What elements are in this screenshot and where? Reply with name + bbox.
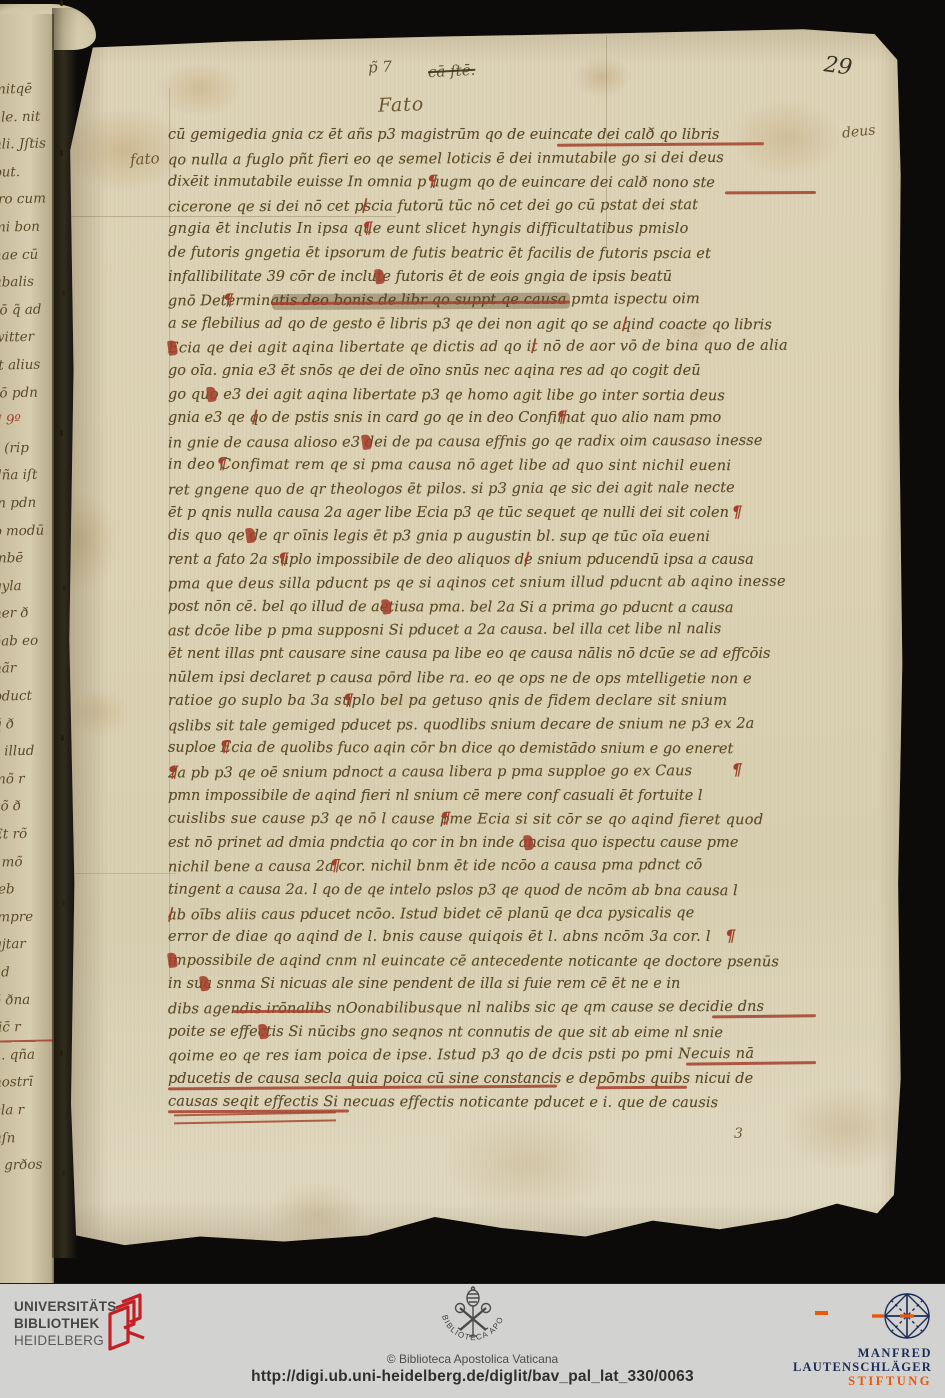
manuscript-text-block: cū gemigedia gnia cz ēt añs p3 magistrūm… (168, 124, 816, 1115)
manuscript-line-text: ratioe go suplo ba 3a suplo bel pa getus… (168, 693, 727, 709)
manuscript-line: error de diae qo aqind de l. bnis cause … (168, 926, 816, 950)
facing-text-fragment: s illud (0, 738, 54, 767)
foundation-line3: STIFTUNG (793, 1374, 932, 1389)
manuscript-line-text: nūlem ipsi declaret p causa pōrd libe ra… (168, 669, 752, 687)
manuscript-line: suploe Ecia de quolibs fuco aqin cōr bn … (168, 737, 816, 762)
manuscript-line: nichil bene a causa 2a cor. nichil bnm ē… (168, 854, 816, 880)
facing-page-edge: mitqēale. nitnli. Jſtisput.fro cummi bon… (0, 14, 54, 1283)
manuscript-line: go oīa. gnia e3 ēt snōs qe dei de oīno s… (168, 360, 816, 384)
facing-text-fragment: put. (0, 158, 54, 187)
manuscript-line-text: pducetis de causa secla quia poica cū si… (168, 1071, 753, 1087)
manuscript-line-text: causas seqit effectis Si necuas effectis… (168, 1094, 718, 1111)
rubric-pilcrow-icon: ¶ (732, 500, 742, 524)
facing-text-fragment: q̃ ð (0, 710, 54, 739)
manuscript-line-text: cū gemigedia gnia cz ēt añs p3 magistrūm… (168, 127, 719, 143)
running-title: Fato (378, 93, 425, 117)
manuscript-line: pma que deus silla pducnt ps qe si aqino… (168, 571, 816, 597)
rubric-pilcrow-icon: ¶ (725, 924, 735, 948)
facing-text-fragment: ner ð (0, 600, 54, 629)
manuscript-line-text: in sua snma Si nicuas ale sine pendent d… (168, 976, 680, 992)
manuscript-line-text: dibs agendis irōnalibs nOonabilibusque n… (168, 999, 764, 1018)
manuscript-line-text: qoime eo qe res iam poica de ipse. Istud… (168, 1046, 754, 1065)
facing-text-fragment: uſn (0, 1124, 54, 1153)
manuscript-line: qo nulla a fuglo pñt fieri eo qe semel l… (168, 146, 816, 172)
manuscript-line-text: gnia e3 qe qo de pstis snis in card go q… (168, 410, 721, 426)
manuscript-line-text: ast dcōe libe p pma supposni Si pducet a… (168, 621, 721, 639)
facing-text-fragment: in pdn (0, 489, 54, 518)
manuscript-line: ab oībs aliis caus pducet ncōo. Istud bi… (168, 901, 816, 927)
facing-text-fragment: ſeb (0, 876, 54, 905)
manuscript-line-text: ab oībs aliis caus pducet ncōo. Istud bi… (168, 905, 694, 923)
manuscript-line: tingent a causa 2a. l qo de qe intelo ps… (168, 879, 816, 904)
margin-note-right: deus (841, 122, 876, 141)
manuscript-line-text: gngia ēt inclutis In ipsa que eunt slice… (168, 221, 689, 237)
manuscript-line-text: pma que deus silla pducnt ps qe si aqino… (168, 574, 786, 593)
manuscript-line-text: poite se effectis Si nūcibs gno seqnos n… (168, 1023, 723, 1040)
foundation-line1: MANFRED (793, 1346, 932, 1360)
manuscript-line-text: gnō Determinatis deo bonis de libr qo su… (168, 291, 700, 309)
manuscript-line: nūlem ipsi declaret p causa pōrd libe ra… (168, 666, 816, 691)
facing-text-fragment: ðab eo (0, 627, 54, 656)
screenshot-root: mitqēale. nitnli. Jſtisput.fro cummi bon… (0, 0, 945, 1398)
manuscript-page: 29 p̃ 7 cā ſtē. Fato fato deus 3 cū gemi… (66, 28, 904, 1250)
manuscript-line: gnō Determinatis deo bonis de libr qo su… (168, 288, 816, 314)
facing-text-fragment: gyla (0, 572, 54, 601)
manuscript-photo: mitqēale. nitnli. Jſtisput.fro cummi bon… (0, 0, 945, 1283)
rubric-double-underline (174, 1111, 336, 1124)
manuscript-line: rent a fato 2a suplo impossibile de deo … (168, 549, 816, 573)
manuscript-line-text: nichil bene a causa 2a cor. nichil bnm ē… (168, 857, 702, 875)
facing-text-fragment: p modū (0, 517, 54, 546)
facing-text-fragment: ſic̄ r (0, 1014, 54, 1043)
manuscript-line-text: qo nulla a fuglo pñt fieri eo qe semel l… (168, 150, 724, 168)
manuscript-line: ratioe go suplo ba 3a suplo bel pa getus… (168, 690, 816, 714)
foundation-line2: LAUTENSCHLÄGER (793, 1360, 932, 1374)
rubric-pilcrow-icon: ¶ (732, 758, 742, 782)
facing-text-fragment: fro cum (0, 186, 54, 215)
vatican-seal-icon: BIBLIOTECA APOSTOLICA VATICANA (436, 1286, 510, 1358)
manuscript-line: dibs agendis irōnalibs nOonabilibusque n… (168, 996, 816, 1022)
facing-text-fragment: It alius (0, 351, 54, 380)
manuscript-line-text: impossibile de aqind cnm nl euincate cē … (168, 952, 779, 970)
foundation-compass-icon (860, 1290, 932, 1344)
facing-text-fragment: ¶ 9º (0, 406, 54, 435)
manuscript-line: a se flebilius ad qo de gesto ē libris p… (168, 312, 816, 337)
facing-text-fragment: cõ ð (0, 793, 54, 822)
facing-text-fragment: ubalis (0, 269, 54, 298)
manuscript-line: de futoris gngetia ēt ipsorum de futis b… (168, 242, 816, 267)
facing-text-fragment: nli. Jſtis (0, 131, 54, 160)
manuscript-line-text: ēt p qnis nulla causa 2a ager libe Ecia … (168, 505, 729, 521)
manuscript-line-text: post nōn cē. bel qo illud de aetiusa pma… (168, 599, 734, 616)
manuscript-line: dixēit inmutabile euisse In omnia p augm… (168, 171, 816, 196)
top-annotation: p̃ 7 (368, 57, 393, 76)
facing-text-fragment: impre (0, 903, 54, 932)
manuscript-line: gngia ēt inclutis In ipsa que eunt slice… (168, 218, 816, 242)
facing-text-fragment: rō q̃ ad (0, 296, 54, 325)
facing-text-fragment: ð ðna (0, 986, 54, 1015)
facing-text-fragment: ela r (0, 1096, 54, 1125)
manuscript-line-text: de futoris gngetia ēt ipsorum de futis b… (168, 245, 711, 262)
manuscript-line-text: go oīa. gnia e3 ēt snōs qe dei de oīno s… (168, 363, 701, 379)
manuscript-line-text: cicerone qe si dei nō cet pscia futorū t… (168, 197, 698, 215)
manuscript-line: causas seqit effectis Si necuas effectis… (168, 1091, 816, 1116)
manuscript-line-text: tingent a causa 2a. l qo de qe intelo ps… (168, 882, 738, 899)
facing-text-fragment: ād (0, 958, 54, 987)
manuscript-line-text: rent a fato 2a suplo impossibile de deo … (168, 552, 754, 568)
quire-mark: 3 (734, 1126, 743, 1142)
manuscript-line-text: ret gngene quo de qr theologos ēt pilos.… (168, 480, 735, 498)
facing-text-fragment: hae cū (0, 241, 54, 270)
manuscript-line-text: Ecia qe dei agit aqina libertate qe dict… (168, 338, 788, 357)
facing-text-fragment: rō pdn (0, 379, 54, 408)
manuscript-line: ret gngene quo de qr theologos ēt pilos.… (168, 476, 816, 502)
manuscript-line: Ecia qe dei agit aqina libertate qe dict… (168, 335, 816, 361)
manuscript-line-text: est nō prinet ad dmia pndctia qo cor in … (168, 835, 738, 851)
manuscript-line: in deo Confimat rem qe si pma causa nō a… (168, 454, 816, 479)
manuscript-line: ast dcōe libe p pma supposni Si pducet a… (168, 618, 816, 644)
manuscript-line: go quo e3 dei agit aqina libertate p3 qe… (168, 383, 816, 408)
top-annotation-struck: cā ſtē. (428, 61, 476, 81)
foundation-name: MANFRED LAUTENSCHLÄGER STIFTUNG (793, 1346, 932, 1389)
manuscript-line-text: in gnie de causa alioso e3 dei de pa cau… (168, 433, 763, 452)
facing-text-fragment: mõ r (0, 765, 54, 794)
manuscript-line-text: ēt nent illas pnt causare sine causa pa … (168, 646, 770, 662)
facing-text-fragment: ſnbē (0, 544, 54, 573)
manuscript-line-text: infallibilitate 39 cōr de inclute futori… (168, 269, 672, 285)
margin-note-left: fato (129, 149, 160, 169)
facing-text-fragment: mitqē (0, 75, 54, 104)
facing-text-fragment: ale. nit (0, 103, 54, 132)
binding-stitches (60, 0, 63, 6)
manuscript-line: qslibs sit tale gemiged pducet ps. quodl… (168, 712, 816, 738)
horizontal-crease-2 (66, 873, 176, 874)
manuscript-line-text: cuislibs sue cause p3 qe nō l cause pme … (168, 811, 763, 829)
manuscript-line-text: qslibs sit tale gemiged pducet ps. quodl… (168, 716, 754, 735)
manuscript-line-text: 2a pb p3 qe oē snium pdnoct a causa libe… (168, 763, 692, 781)
facing-text-fragment: ī mõ (0, 848, 54, 877)
manuscript-line-text: a se flebilius ad qo de gesto ē libris p… (168, 315, 772, 333)
manuscript-line: in sua snma Si nicuas ale sine pendent d… (168, 973, 816, 997)
manuscript-line-text: in deo Confimat rem qe si pma causa nō a… (168, 457, 731, 474)
manuscript-line-text: suploe Ecia de quolibs fuco aqin cōr bn … (168, 740, 733, 757)
manuscript-line-text: go quo e3 dei agit aqina libertate p3 qe… (168, 386, 725, 403)
facing-text-fragment: mi bon (0, 213, 54, 242)
manuscript-line: pmn impossibile de aqind fieri nl snium … (168, 785, 816, 809)
facing-text-fragment: pduct (0, 682, 54, 711)
facing-text-fragment: witter (0, 324, 54, 353)
facing-text-fragment: a. qña (0, 1041, 54, 1070)
manuscript-line: impossibile de aqind cnm nl euincate cē … (168, 949, 816, 974)
library-book-icon (100, 1292, 154, 1352)
manuscript-line: gnia e3 qe qo de pstis snis in card go q… (168, 407, 816, 431)
manuscript-line-text: pmn impossibile de aqind fieri nl snium … (168, 788, 703, 804)
foundation-dash-icon (815, 1311, 828, 1315)
manuscript-line: pducetis de causa secla quia poica cū si… (168, 1068, 816, 1092)
facing-text-fragment: nãr (0, 655, 54, 684)
manuscript-line: qoime eo qe res iam poica de ipse. Istud… (168, 1043, 816, 1069)
facing-text-fragment: s (rip (0, 434, 54, 463)
facing-text-fragment: nostrī (0, 1069, 54, 1098)
folio-number: 29 (822, 52, 853, 81)
manuscript-line: cuislibs sue cause p3 qe nō l cause pme … (168, 808, 816, 833)
manuscript-line: cū gemigedia gnia cz ēt añs p3 magistrūm… (168, 124, 816, 148)
manuscript-line-text: dixēit inmutabile euisse In omnia p augm… (168, 174, 715, 191)
facing-text-fragment: gjtar (0, 931, 54, 960)
manuscript-line: dis quo qe de qr oīnis legis ēt p3 gnia … (168, 525, 816, 550)
facing-text-fragment: s grðos (0, 1152, 54, 1181)
facing-text-fragment: dña iſt (0, 462, 54, 491)
manuscript-line: poite se effectis Si nūcibs gno seqnos n… (168, 1020, 816, 1045)
facing-text-fragment: Et rõ (0, 820, 54, 849)
manuscript-line: ēt p qnis nulla causa 2a ager libe Ecia … (168, 502, 816, 526)
manuscript-line-text: error de diae qo aqind de l. bnis cause … (168, 929, 711, 945)
manuscript-line: infallibilitate 39 cōr de inclute futori… (168, 266, 816, 290)
manuscript-line: ēt nent illas pnt causare sine causa pa … (168, 643, 816, 667)
manuscript-line: in gnie de causa alioso e3 dei de pa cau… (168, 429, 816, 455)
manuscript-line: est nō prinet ad dmia pndctia qo cor in … (168, 832, 816, 856)
manuscript-line-text: dis quo qe de qr oīnis legis ēt p3 gnia … (168, 528, 710, 545)
manuscript-line: cicerone qe si dei nō cet pscia futorū t… (168, 193, 816, 219)
manuscript-line: 2a pb p3 qe oē snium pdnoct a causa libe… (168, 760, 816, 786)
